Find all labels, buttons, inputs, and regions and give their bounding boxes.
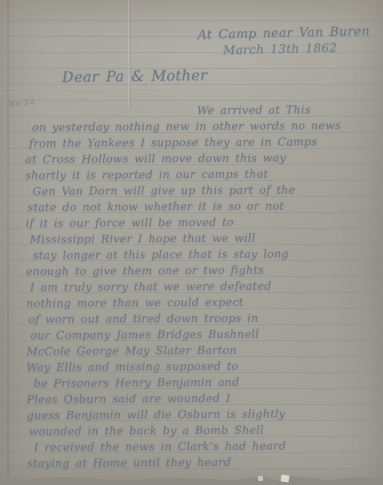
paper-tear-notch [281,474,290,482]
letter-line: on yesterday nothing new in other words … [25,118,374,136]
paper-tear-notch-small [258,476,264,482]
fold-crease-horizontal [0,88,160,90]
letter-body: We arrived at This on yesterday nothing … [25,102,376,472]
salutation: Dear Pa & Mother [62,68,208,87]
letter-line: staying at Home until they heard [27,454,376,472]
letter-scan: At Camp near Van Buren March 13th 1862 N… [0,0,383,485]
fold-crease-left-edge [7,0,9,485]
